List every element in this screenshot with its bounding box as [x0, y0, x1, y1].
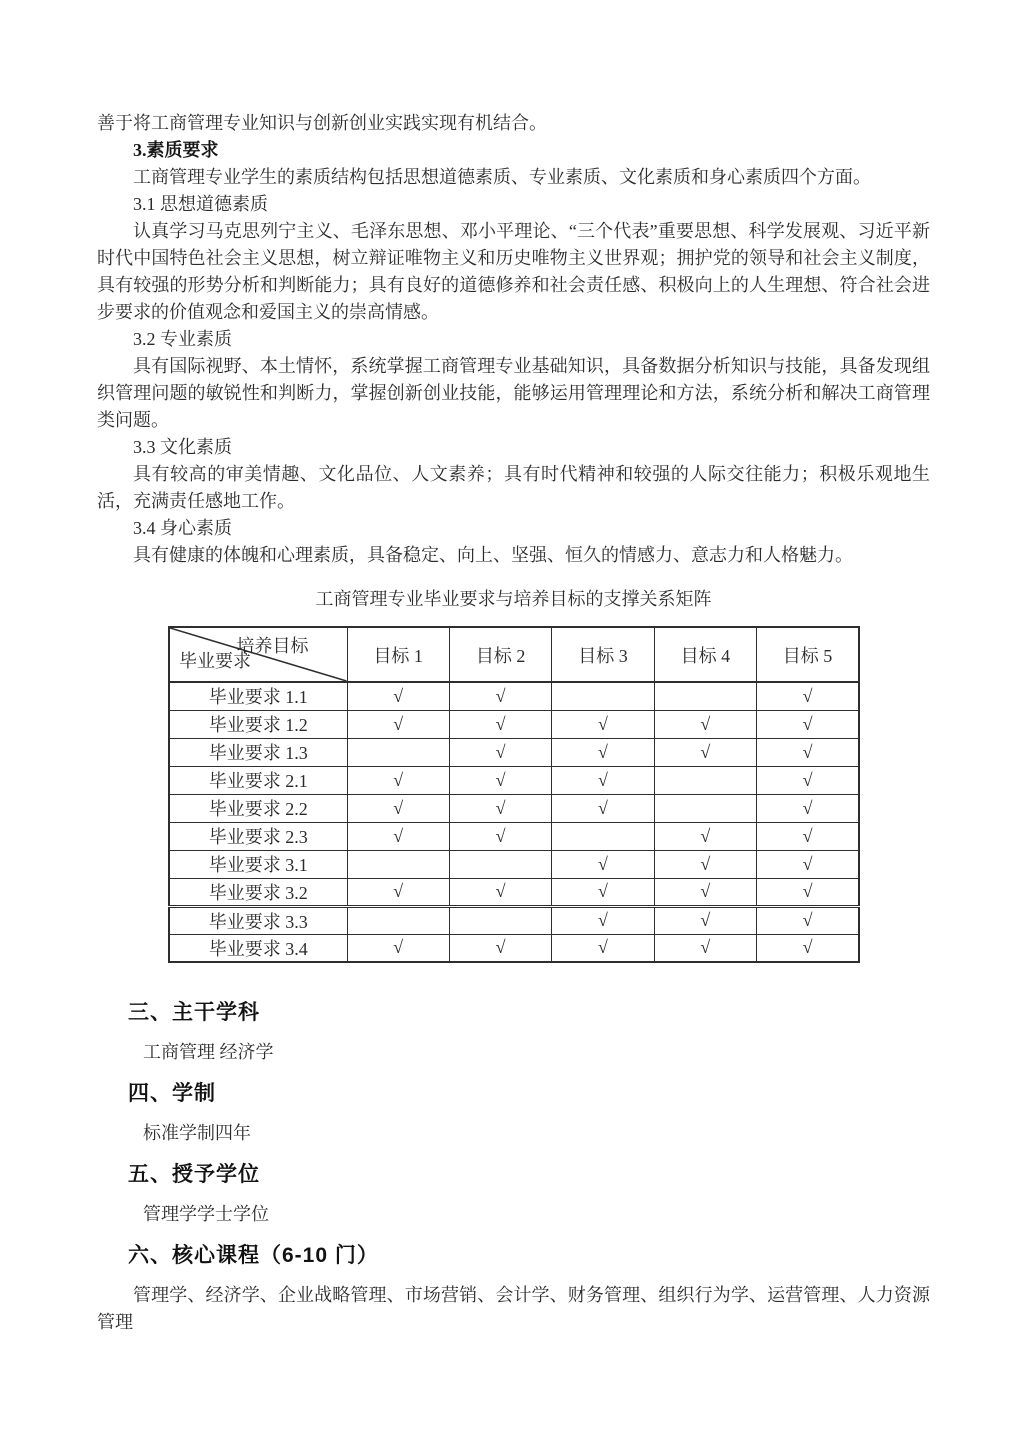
section-body-degree-awarded: 管理学学士学位: [143, 1201, 930, 1228]
check-cell: √: [552, 794, 654, 822]
check-cell: √: [449, 794, 551, 822]
subsection-heading-3-1: 3.1 思想道德素质: [97, 191, 930, 218]
column-header: 目标 4: [654, 627, 756, 682]
check-cell: √: [552, 850, 654, 878]
check-cell: √: [654, 822, 756, 850]
section-body-schooling-length: 标准学制四年: [143, 1120, 930, 1147]
empty-cell: [552, 822, 654, 850]
row-label-cell: 毕业要求 2.2: [169, 794, 347, 822]
check-cell: √: [552, 738, 654, 766]
check-cell: √: [449, 822, 551, 850]
subsection-body-3-2: 具有国际视野、本土情怀，系统掌握工商管理专业基础知识，具备数据分析知识与技能，具…: [97, 353, 930, 434]
check-cell: √: [757, 682, 859, 710]
check-cell: √: [757, 934, 859, 962]
empty-cell: [654, 794, 756, 822]
check-cell: √: [654, 878, 756, 906]
empty-cell: [449, 906, 551, 934]
check-cell: √: [347, 794, 449, 822]
empty-cell: [552, 682, 654, 710]
check-cell: √: [347, 710, 449, 738]
check-cell: √: [347, 766, 449, 794]
document-page: 善于将工商管理专业知识与创新创业实践实现有机结合。 3.素质要求 工商管理专业学…: [0, 0, 1024, 1448]
paragraph-continuation: 善于将工商管理专业知识与创新创业实践实现有机结合。: [97, 110, 930, 137]
check-cell: √: [757, 794, 859, 822]
row-label-cell: 毕业要求 1.2: [169, 710, 347, 738]
row-label-cell: 毕业要求 3.3: [169, 906, 347, 934]
row-label-cell: 毕业要求 3.4: [169, 934, 347, 962]
empty-cell: [347, 906, 449, 934]
section-heading-schooling-length: 四、学制: [128, 1080, 930, 1108]
row-label-cell: 毕业要求 2.1: [169, 766, 347, 794]
check-cell: √: [757, 850, 859, 878]
quality-intro-paragraph: 工商管理专业学生的素质结构包括思想道德素质、专业素质、文化素质和身心素质四个方面…: [97, 164, 930, 191]
empty-cell: [654, 682, 756, 710]
row-label-cell: 毕业要求 3.2: [169, 878, 347, 906]
check-cell: √: [449, 878, 551, 906]
row-label-cell: 毕业要求 1.3: [169, 738, 347, 766]
check-cell: √: [552, 710, 654, 738]
column-header: 目标 2: [449, 627, 551, 682]
table-row: 毕业要求 3.2√√√√√: [169, 878, 859, 906]
check-cell: √: [654, 710, 756, 738]
check-cell: √: [449, 934, 551, 962]
check-cell: √: [757, 766, 859, 794]
row-label-cell: 毕业要求 2.3: [169, 822, 347, 850]
subsection-body-3-3: 具有较高的审美情趣、文化品位、人文素养；具有时代精神和较强的人际交往能力；积极乐…: [97, 461, 930, 515]
check-cell: √: [449, 766, 551, 794]
corner-cell: 培养目标 毕业要求: [169, 627, 347, 682]
section-heading-degree-awarded: 五、授予学位: [128, 1161, 930, 1189]
document-content: 善于将工商管理专业知识与创新创业实践实现有机结合。 3.素质要求 工商管理专业学…: [97, 110, 930, 1350]
check-cell: √: [347, 934, 449, 962]
check-cell: √: [449, 682, 551, 710]
corner-label-graduation-requirements: 毕业要求: [179, 647, 251, 673]
subsection-body-3-1: 认真学习马克思列宁主义、毛泽东思想、邓小平理论、“三个代表”重要思想、科学发展观…: [97, 218, 930, 326]
support-matrix-table: 培养目标 毕业要求 目标 1目标 2目标 3目标 4目标 5 毕业要求 1.1√…: [168, 626, 860, 963]
check-cell: √: [552, 934, 654, 962]
check-cell: √: [347, 682, 449, 710]
row-label-cell: 毕业要求 3.1: [169, 850, 347, 878]
column-header: 目标 5: [757, 627, 859, 682]
check-cell: √: [654, 906, 756, 934]
check-cell: √: [654, 850, 756, 878]
column-header: 目标 3: [552, 627, 654, 682]
check-cell: √: [654, 738, 756, 766]
check-cell: √: [757, 878, 859, 906]
quality-requirements-heading: 3.素质要求: [97, 137, 930, 164]
table-row: 毕业要求 1.2√√√√√: [169, 710, 859, 738]
check-cell: √: [757, 822, 859, 850]
section-body-main-disciplines: 工商管理 经济学: [143, 1039, 930, 1066]
empty-cell: [347, 850, 449, 878]
column-header: 目标 1: [347, 627, 449, 682]
check-cell: √: [757, 906, 859, 934]
check-cell: √: [552, 766, 654, 794]
table-row: 毕业要求 1.1√√√: [169, 682, 859, 710]
empty-cell: [449, 850, 551, 878]
table-row: 毕业要求 2.3√√√√: [169, 822, 859, 850]
table-row: 毕业要求 3.1√√√: [169, 850, 859, 878]
table-row: 毕业要求 2.2√√√√: [169, 794, 859, 822]
table-row: 毕业要求 2.1√√√√: [169, 766, 859, 794]
check-cell: √: [347, 878, 449, 906]
section-heading-core-courses: 六、核心课程（6-10 门）: [128, 1242, 930, 1270]
subsection-heading-3-4: 3.4 身心素质: [97, 515, 930, 542]
check-cell: √: [552, 878, 654, 906]
check-cell: √: [449, 738, 551, 766]
check-cell: √: [757, 710, 859, 738]
section-heading-main-disciplines: 三、主干学科: [128, 999, 930, 1027]
matrix-header-row: 培养目标 毕业要求 目标 1目标 2目标 3目标 4目标 5: [169, 627, 859, 682]
subsection-body-3-4: 具有健康的体魄和心理素质，具备稳定、向上、坚强、恒久的情感力、意志力和人格魅力。: [97, 542, 930, 569]
empty-cell: [654, 766, 756, 794]
check-cell: √: [757, 738, 859, 766]
table-row: 毕业要求 1.3√√√√: [169, 738, 859, 766]
subsection-heading-3-3: 3.3 文化素质: [97, 434, 930, 461]
matrix-table-title: 工商管理专业毕业要求与培养目标的支撑关系矩阵: [97, 586, 930, 613]
table-row: 毕业要求 3.4√√√√√: [169, 934, 859, 962]
check-cell: √: [347, 822, 449, 850]
check-cell: √: [654, 934, 756, 962]
subsection-heading-3-2: 3.2 专业素质: [97, 326, 930, 353]
empty-cell: [347, 738, 449, 766]
table-row: 毕业要求 3.3√√√: [169, 906, 859, 934]
section-body-core-courses: 管理学、经济学、企业战略管理、市场营销、会计学、财务管理、组织行为学、运营管理、…: [97, 1282, 930, 1336]
check-cell: √: [449, 710, 551, 738]
row-label-cell: 毕业要求 1.1: [169, 682, 347, 710]
check-cell: √: [552, 906, 654, 934]
